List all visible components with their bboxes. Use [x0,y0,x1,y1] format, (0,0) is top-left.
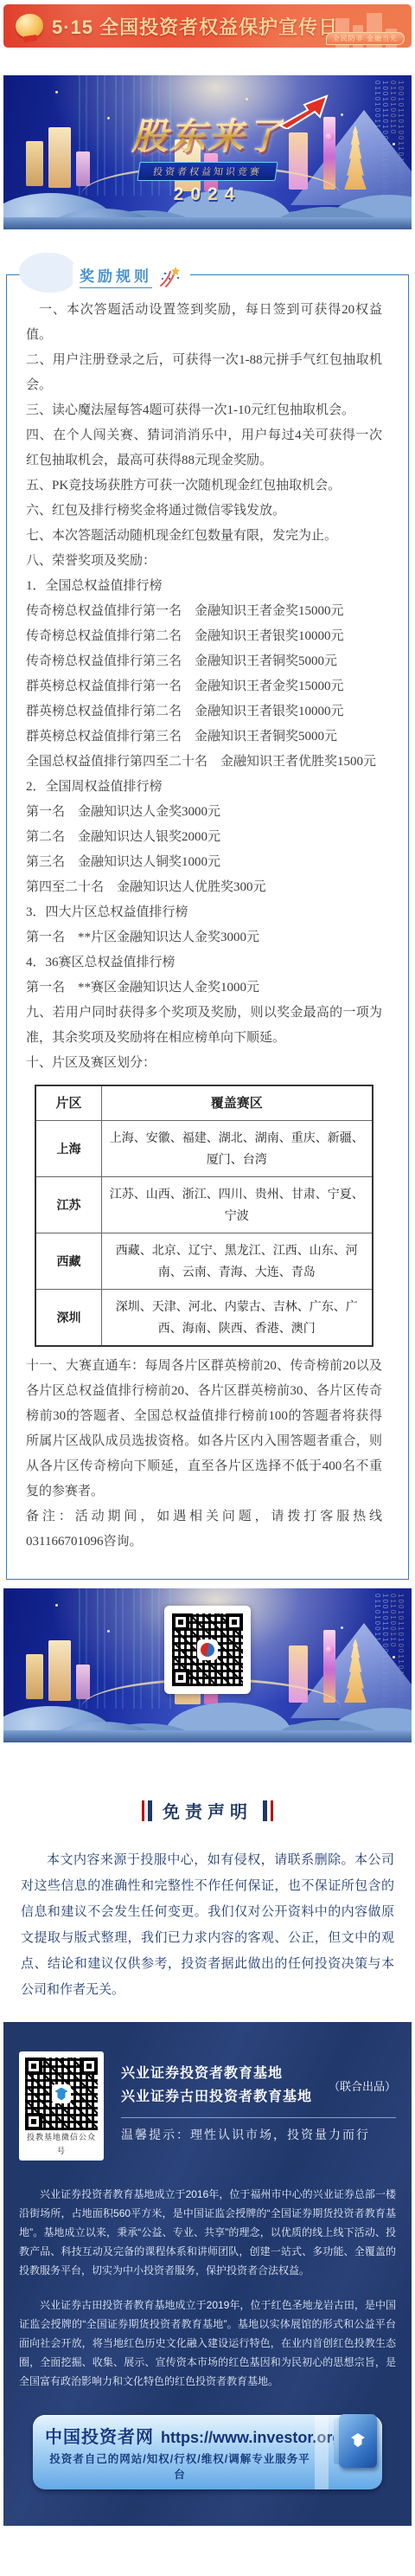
table-cell: 江苏 [35,1177,101,1233]
org-block: 兴业证券投资者教育基地 兴业证券古田投资者教育基地 （联合出品） 温馨提示：理性… [121,2051,396,2161]
divider [121,2117,396,2118]
disclaimer-header: 免责声明 [0,1798,415,1823]
hero-banner: 100101101001101001011010010110100110 100… [3,75,412,229]
book-3d-icon [332,2409,384,2473]
rule-line: 群英榜总权益值排行第二名 金融知识王者银奖10000元 [26,699,382,724]
stripe-decor [315,2415,329,2489]
rule-line: 全国总权益值排行第四至二十名 金融知识王者优胜奖1500元 [26,750,382,775]
rule-line: 传奇榜总权益值排行第三名 金融知识王者铜奖5000元 [26,649,382,674]
table-row: 江苏 江苏、山西、浙江、四川、贵州、甘肃、宁夏、宁波 [35,1177,372,1233]
investor-education-footer: 投教基地微信公众号 兴业证券投资者教育基地 兴业证券古田投资者教育基地 （联合出… [3,2022,412,2526]
rule-line: 第一名 **片区金融知识达人金奖3000元 [26,925,382,950]
hero-subtitle: 投资者权益知识竞赛 [137,162,278,181]
rule-line: 第一名 **赛区金融知识达人金奖1000元 [26,976,382,1001]
qr-center-logo-icon [197,1639,218,1660]
about-paragraph-2: 兴业证券古田投资者教育基地成立于2019年，位于红色圣地龙岩古田，是中国证监会授… [19,2296,396,2391]
rule-line: 七、本次答题活动随机现金红包数量有限，发完为止。 [26,524,382,549]
rule-line: 第三名 金融知识达人铜奖1000元 [26,850,382,875]
site-tagline: 投资者自己的网站/知权/行权/维权/调解专业服务平台 [45,2450,315,2482]
article-page: 5·15 全国投资者权益保护宣传日 全民防非 金融当先 100101101001… [0,0,415,2576]
blob-decor [19,253,76,293]
table-header-cell: 片区 [35,1085,101,1121]
disclaimer-section: 免责声明 本文内容来源于投服中心，如有侵权，请联系删除。本公司对这些信息的准确性… [0,1798,415,2003]
region-table: 片区 覆盖赛区 上海 上海、安徽、福建、湖北、湖南、重庆、新疆、厦门、台湾 江苏… [35,1085,373,1347]
rules-header: 奖励规则 [73,264,190,288]
table-cell: 西藏、北京、辽宁、黑龙江、江西、山东、河南、云南、青海、大连、青岛 [101,1233,372,1290]
rule-line: 第四至二十名 金融知识达人优胜奖300元 [26,875,382,900]
bar-decor [271,1800,273,1821]
clouds-base [3,217,412,229]
bottom-whitespace [0,2526,415,2576]
red-arrow-icon [278,91,329,129]
table-row: 西藏 西藏、北京、辽宁、黑龙江、江西、山东、河南、云南、青海、大连、青岛 [35,1233,372,1290]
table-header-cell: 覆盖赛区 [101,1085,372,1121]
promo-badge: 全民防非 金融当先 [326,32,405,45]
table-header-row: 片区 覆盖赛区 [35,1085,372,1121]
rule-line: 2．全国周权益值排行榜 [26,775,382,800]
activity-qr-code [164,1606,251,1694]
qr-pattern [25,2058,98,2130]
table-cell: 江苏、山西、浙江、四川、贵州、甘肃、宁夏、宁波 [101,1177,372,1233]
hero-text-group: 股东来了 投资者权益知识竞赛 2024 [3,108,412,205]
table-cell: 西藏 [35,1233,101,1290]
footer-header: 投教基地微信公众号 兴业证券投资者教育基地 兴业证券古田投资者教育基地 （联合出… [19,2051,396,2161]
hero-year: 2024 [3,184,412,205]
fireworks-icon [157,265,183,287]
rule-line: 一、本次答题活动设置签到奖励，每日签到可获得20权益值。 [26,298,382,348]
wechat-qr-card: 投教基地微信公众号 [19,2051,104,2161]
qr-pattern [172,1613,243,1686]
rule-line: 三、读心魔法屋每答4题可获得一次1-10元红包抽取机会。 [26,398,382,423]
table-cell: 上海 [35,1121,101,1177]
table-cell: 上海、安徽、福建、湖北、湖南、重庆、新疆、厦门、台湾 [101,1121,372,1177]
grad-cap-icon [52,2084,71,2103]
mascot-icon [16,14,43,38]
rules-section-title: 奖励规则 [80,264,152,288]
rules-card: 奖励规则 一、本次答题活动设置签到奖励，每日签到可获得20权益值。 二、用户注册… [6,274,409,1580]
qr-banner: 100101101001101001011010010110100110 100… [3,1588,412,1742]
rule-line: 十、片区及赛区划分： [26,1051,382,1076]
rule-line: 1．全国总权益值排行榜 [26,574,382,599]
rule-line: 二、用户注册登录之后，可获得一次1-88元拼手气红包抽取机会。 [26,348,382,398]
bar-decor [148,1800,152,1821]
bar-decor [142,1800,144,1821]
rule-line: 九、若用户同时获得多个奖项及奖励，则以奖金最高的一项为准，其余奖项及奖励将在相应… [26,1001,382,1051]
table-cell: 深圳 [35,1290,101,1347]
promo-banner-515: 5·15 全国投资者权益保护宣传日 全民防非 金融当先 [3,4,412,48]
rule-line: 4．36赛区总权益值排行榜 [26,950,382,976]
site-name: 中国投资者网 [45,2428,154,2447]
qr-caption: 投教基地微信公众号 [25,2130,98,2158]
table-row: 深圳 深圳、天津、河北、内蒙古、吉林、广东、广西、海南、陕西、香港、澳门 [35,1290,372,1347]
rule-line: 第一名 金融知识达人金奖3000元 [26,800,382,825]
disclaimer-body: 本文内容来源于投服中心，如有侵权，请联系删除。本公司对这些信息的准确性和完整性不… [21,1847,394,2003]
joint-label: （联合出品） [329,2077,396,2094]
disclaimer-title: 免责声明 [163,1798,252,1823]
table-cell: 深圳、天津、河北、内蒙古、吉林、广东、广西、海南、陕西、香港、澳门 [101,1290,372,1347]
rule-line: 十一、大赛直通车：每周各片区群英榜前20、传奇榜前20以及各片区总权益值排行榜前… [26,1354,382,1504]
footer-tip: 温馨提示：理性认识市场，投资量力而行 [121,2126,396,2143]
rule-line: 第二名 金融知识达人银奖2000元 [26,825,382,850]
rule-line: 传奇榜总权益值排行第二名 金融知识王者银奖10000元 [26,624,382,649]
rule-line: 群英榜总权益值排行第三名 金融知识王者铜奖5000元 [26,724,382,750]
rule-line: 六、红包及排行榜奖金将通过微信零钱发放。 [26,499,382,524]
bar-decor [263,1800,267,1821]
clouds-base [3,1730,412,1742]
rule-line: 五、PK竞技场获胜方可获一次随机现金红包抽取机会。 [26,473,382,499]
rule-line: 八、荣誉奖项及奖励： [26,549,382,574]
rule-line: 传奇榜总权益值排行第一名 金融知识王者金奖15000元 [26,599,382,624]
rule-line: 群英榜总权益值排行第一名 金融知识王者金奖15000元 [26,674,382,699]
investor-site-banner: 中国投资者网https://www.investor.org.cn 投资者自己的… [33,2415,382,2489]
rule-line: 3．四大片区总权益值排行榜 [26,900,382,925]
table-row: 上海 上海、安徽、福建、湖北、湖南、重庆、新疆、厦门、台湾 [35,1121,372,1177]
hero-title: 股东来了 [131,108,284,160]
rule-line: 备注：活动期间，如遇相关问题，请拨打客服热线031166701096咨询。 [26,1504,382,1555]
site-title-line: 中国投资者网https://www.investor.org.cn [45,2423,315,2448]
about-paragraph-1: 兴业证券投资者教育基地成立于2016年，位于福州市中心的兴业证券总部一楼沿街场所… [19,2185,396,2280]
rule-line: 四、在个人闯关赛、猜词消消乐中，用户每过4关可获得一次红包抽取机会，最高可获得8… [26,423,382,473]
